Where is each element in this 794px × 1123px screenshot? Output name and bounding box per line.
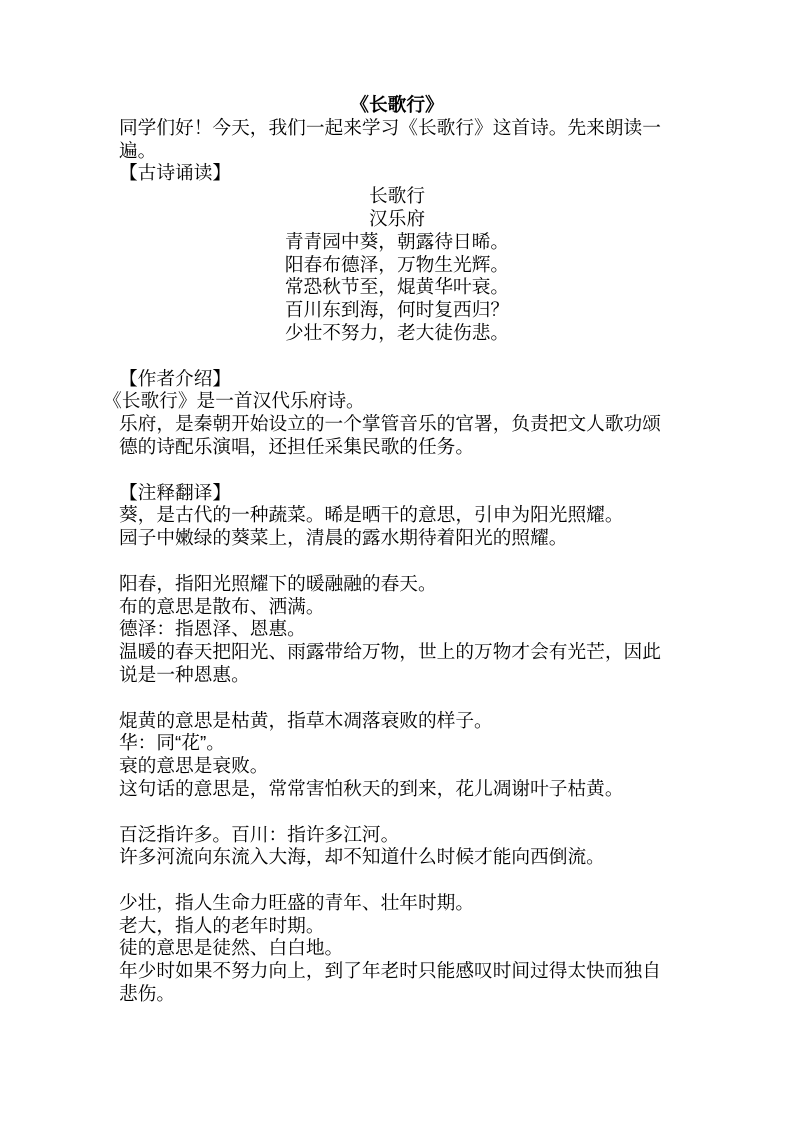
author-paragraph: 《长歌行》是一首汉代乐府诗。 <box>119 390 675 413</box>
note-line: 百泛指许多。百川：指许多江河。 <box>119 824 675 847</box>
poem-line: 少壮不努力，老大徒伤悲。 <box>119 322 675 345</box>
note-line: 德泽：指恩泽、恩惠。 <box>119 618 675 641</box>
blank-line <box>119 345 675 368</box>
intro-paragraph: 同学们好！今天，我们一起来学习《长歌行》这首诗。先来朗读一 遍。 <box>119 117 675 163</box>
note-group-shaozhuang: 少壮，指人生命力旺盛的青年、壮年时期。 老大，指人的老年时期。 徒的意思是徒然、… <box>119 892 675 1006</box>
poem-block: 长歌行 汉乐府 青青园中葵，朝露待日晞。 阳春布德泽，万物生光辉。 常恐秋节至，… <box>119 185 675 345</box>
note-line: 年少时如果不努力向上，到了年老时只能感叹时间过得太快而独自 悲伤。 <box>119 960 675 1006</box>
section-heading-author: 【作者介绍】 <box>119 368 675 391</box>
note-line: 布的意思是散布、洒满。 <box>119 596 675 619</box>
note-line: 阳春，指阳光照耀下的暖融融的春天。 <box>119 573 675 596</box>
blank-line <box>119 687 675 710</box>
document-title: 《长歌行》 <box>119 94 675 117</box>
note-line: 这句话的意思是，常常害怕秋天的到来，花儿凋谢叶子枯黄。 <box>119 778 675 801</box>
note-group-yangchun: 阳春，指阳光照耀下的暖融融的春天。 布的意思是散布、洒满。 德泽：指恩泽、恩惠。… <box>119 573 675 687</box>
note-group-baichuan: 百泛指许多。百川：指许多江河。 许多河流向东流入大海，却不知道什么时候才能向西倒… <box>119 824 675 870</box>
document-content: 《长歌行》 同学们好！今天，我们一起来学习《长歌行》这首诗。先来朗读一 遍。 【… <box>119 94 675 1006</box>
note-line: 许多河流向东流入大海，却不知道什么时候才能向西倒流。 <box>119 846 675 869</box>
note-line: 园子中嫩绿的葵菜上，清晨的露水期待着阳光的照耀。 <box>119 527 675 550</box>
poem-line: 阳春布德泽，万物生光辉。 <box>119 254 675 277</box>
blank-line <box>119 801 675 824</box>
note-line: 少壮，指人生命力旺盛的青年、壮年时期。 <box>119 892 675 915</box>
note-line: 徒的意思是徒然、白白地。 <box>119 937 675 960</box>
poem-title: 长歌行 <box>119 185 675 208</box>
document-page: 《长歌行》 同学们好！今天，我们一起来学习《长歌行》这首诗。先来朗读一 遍。 【… <box>0 0 794 1123</box>
note-line: 温暖的春天把阳光、雨露带给万物，世上的万物才会有光芒，因此 说是一种恩惠。 <box>119 641 675 687</box>
poem-author: 汉乐府 <box>119 208 675 231</box>
note-line: 葵，是古代的一种蔬菜。晞是晒干的意思，引申为阳光照耀。 <box>119 504 675 527</box>
note-line: 华：同“花”。 <box>119 732 675 755</box>
note-line: 衰的意思是衰败。 <box>119 755 675 778</box>
note-line: 老大，指人的老年时期。 <box>119 915 675 938</box>
author-paragraph: 乐府，是秦朝开始设立的一个掌管音乐的官署，负责把文人歌功颂 德的诗配乐演唱，还担… <box>119 413 675 459</box>
poem-line: 青青园中葵，朝露待日晞。 <box>119 231 675 254</box>
blank-line <box>119 550 675 573</box>
poem-line: 百川东到海，何时复西归？ <box>119 299 675 322</box>
note-line: 焜黄的意思是枯黄，指草木凋落衰败的样子。 <box>119 710 675 733</box>
note-group-kunhuang: 焜黄的意思是枯黄，指草木凋落衰败的样子。 华：同“花”。 衰的意思是衰败。 这句… <box>119 710 675 801</box>
blank-line <box>119 459 675 482</box>
note-group-kui: 葵，是古代的一种蔬菜。晞是晒干的意思，引申为阳光照耀。 园子中嫩绿的葵菜上，清晨… <box>119 504 675 550</box>
section-heading-notes: 【注释翻译】 <box>119 482 675 505</box>
blank-line <box>119 869 675 892</box>
section-heading-reading: 【古诗诵读】 <box>119 162 675 185</box>
poem-line: 常恐秋节至，焜黄华叶衰。 <box>119 276 675 299</box>
